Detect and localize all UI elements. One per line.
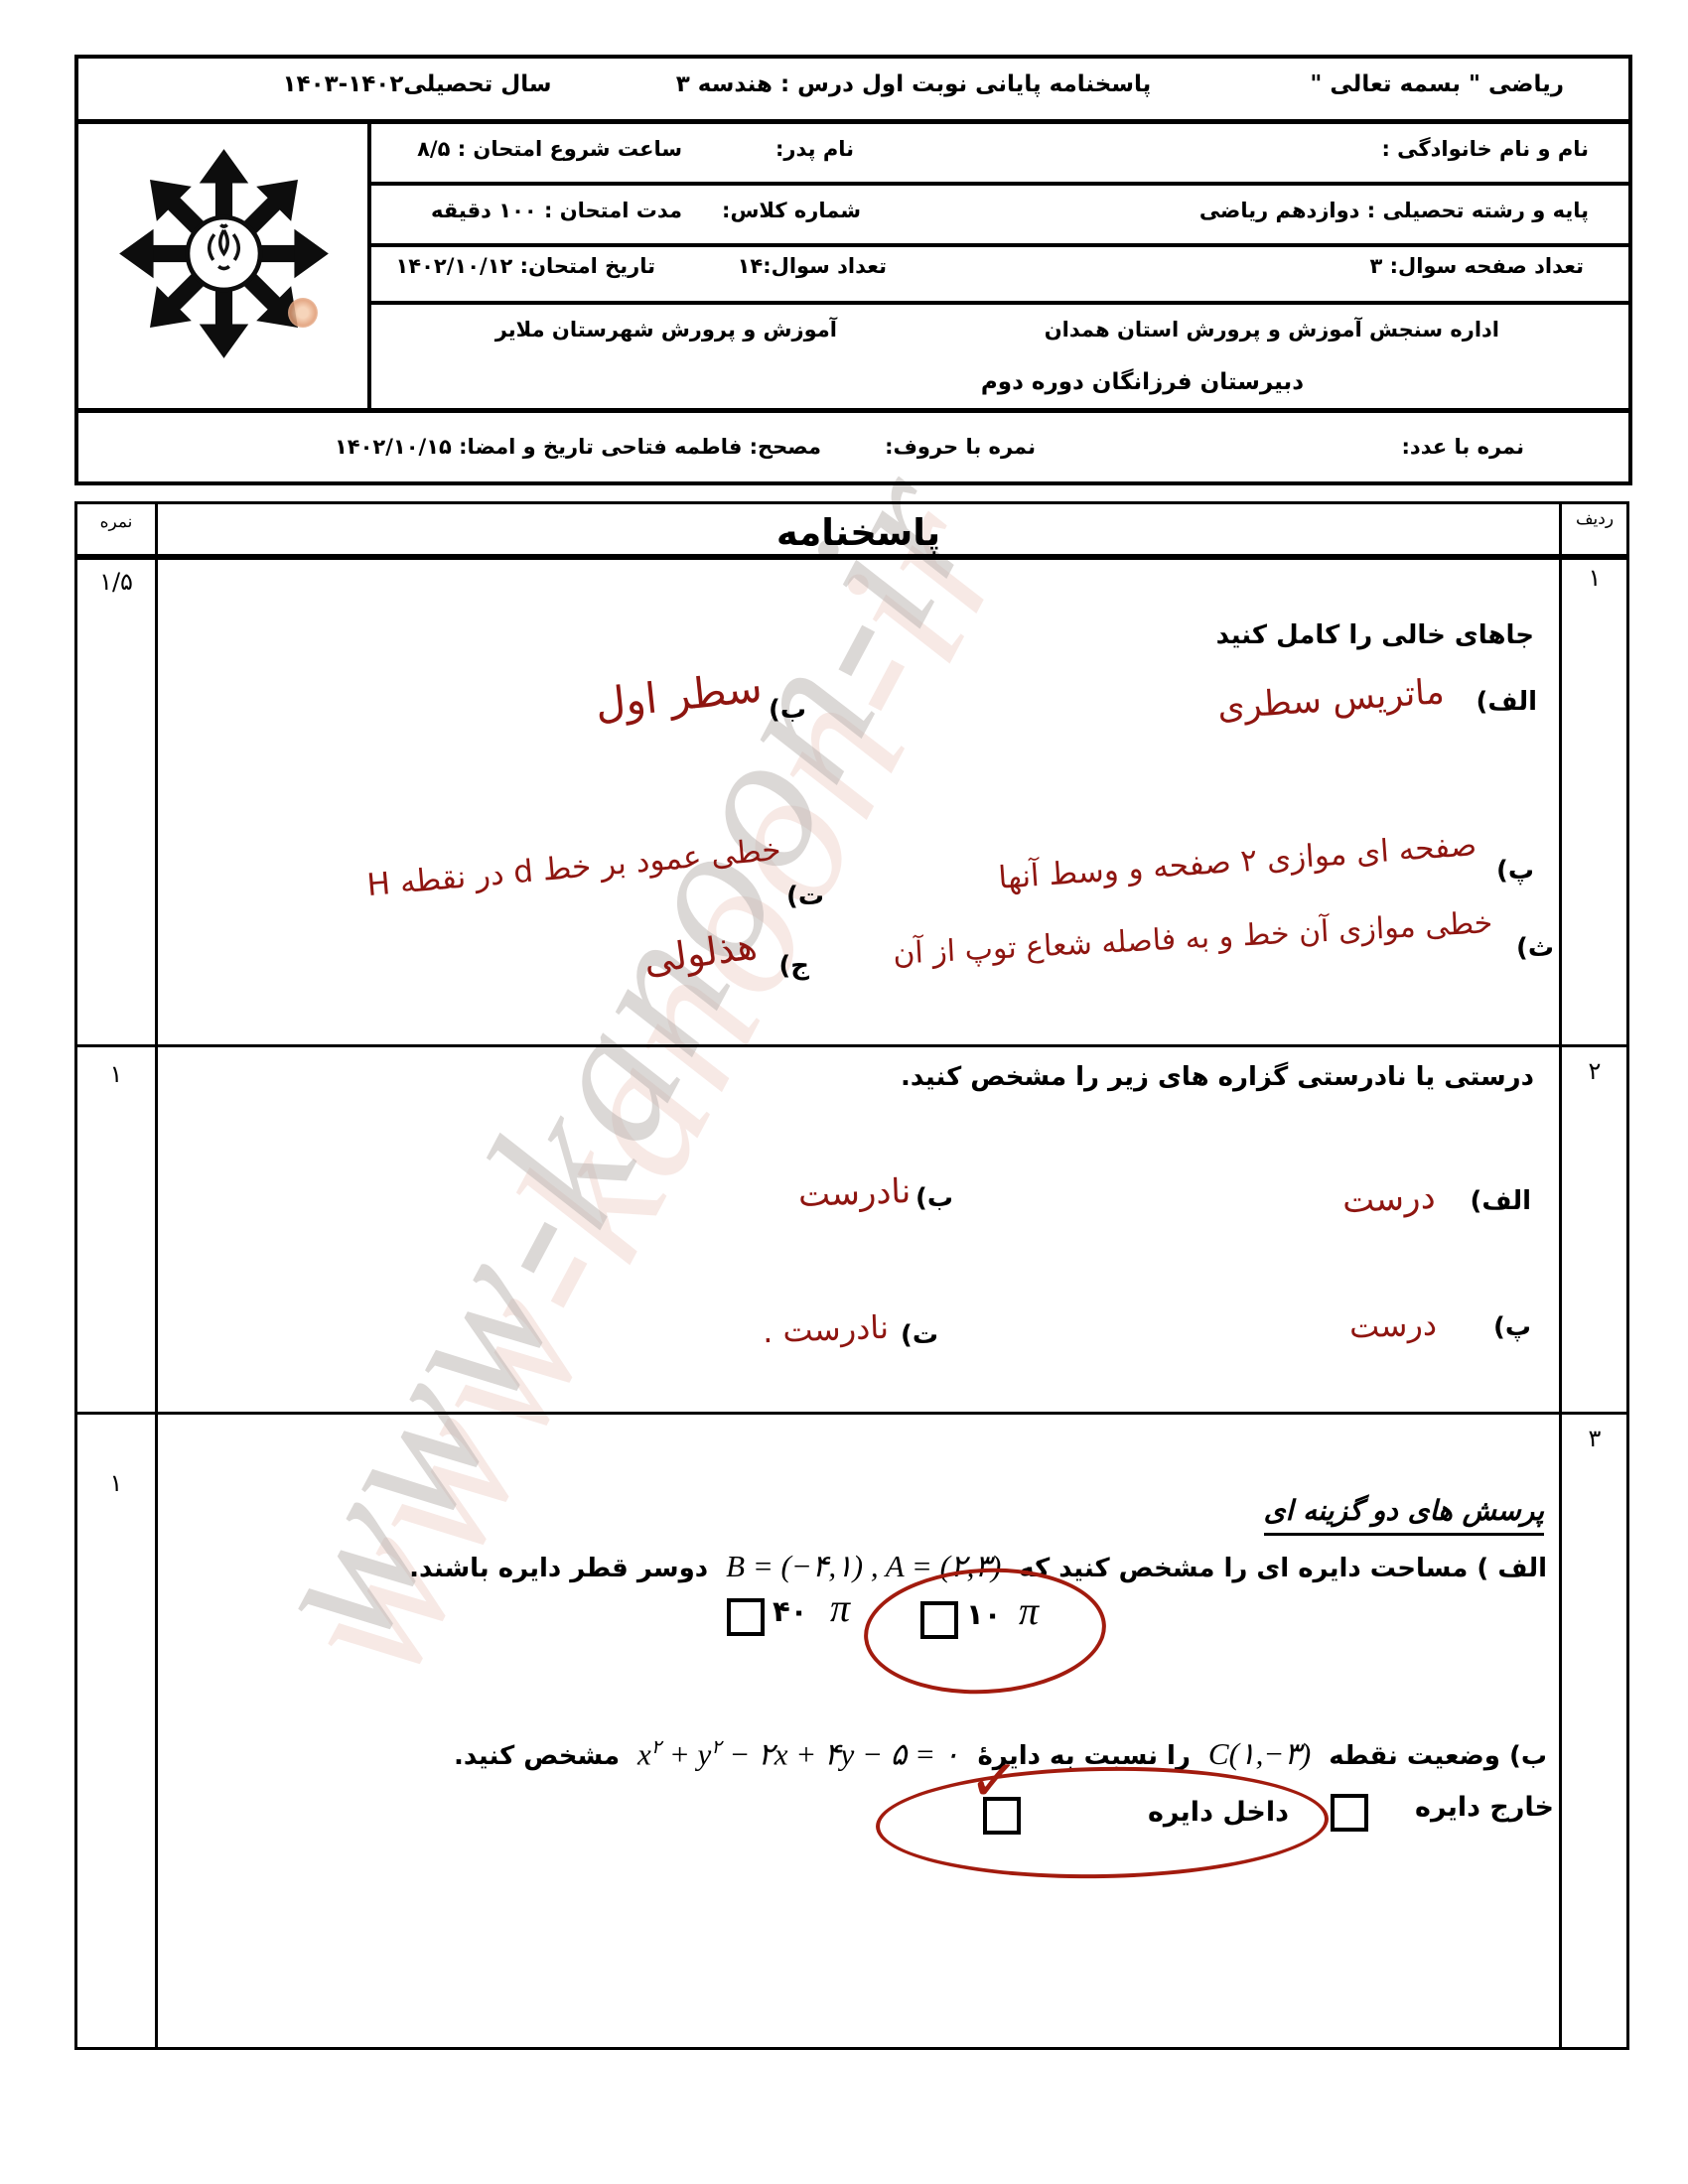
q1-item-j-label: ج) [778, 951, 809, 981]
q1-item-a-label: الف) [1476, 687, 1537, 717]
q3-section-title: پرسش های دو گزینه ای [1264, 1494, 1544, 1536]
q1-item-b-label: ب) [769, 695, 806, 725]
q2-item-t-handwritten-answer: نادرست . [762, 1308, 889, 1350]
start-time-label: ساعت شروع امتحان : ۸/۵ [417, 137, 682, 161]
q3-a-text-after: دوسر قطر دایره باشند. [409, 1554, 708, 1583]
q1-score: ۱/۵ [77, 568, 155, 596]
divider-line [74, 1412, 1629, 1415]
q2-item-p-handwritten-answer: درست [1348, 1304, 1437, 1345]
q2-item-b-handwritten-answer: نادرست [797, 1171, 912, 1215]
answer-sheet-title: پاسخنامه [158, 511, 1559, 554]
outside-circle-checkbox[interactable] [1331, 1794, 1368, 1832]
divider-line [369, 243, 1628, 247]
q1-item-t-label: ت) [786, 882, 824, 911]
exam-date-label: تاریخ امتحان: ۱۴۰۲/۱۰/۱۲ [395, 254, 655, 278]
corrector-signature-label: مصحح: فاطمه فتاحی تاریخ و امضا: ۱۴۰۲/۱۰/… [335, 435, 821, 459]
q2-item-p-label: پ) [1493, 1312, 1531, 1342]
student-name-label: نام و نام خانوادگی : [1381, 137, 1589, 161]
row-column-header: ردیف [1562, 509, 1627, 529]
page-count-label: تعداد صفحه سوال: ۳ [1369, 254, 1584, 278]
q2-item-b-label: ب) [915, 1183, 953, 1213]
class-number-label: شماره کلاس: [722, 199, 861, 222]
divider-line [369, 182, 1628, 186]
city-education-name: آموزش و پرورش شهرستان ملایر [495, 318, 837, 341]
q2-prompt: درستی یا نادرستی گزاره های زیر را مشخص ک… [901, 1062, 1534, 1092]
score-numeric-label: نمره با عدد: [1402, 435, 1524, 459]
divider-line [369, 301, 1628, 305]
besmeh-taali-title: ریاضی " بسمه تعالی " [1310, 71, 1564, 97]
q2-item-a-handwritten-answer: درست [1341, 1177, 1436, 1222]
q1-row-number: ۱ [1562, 564, 1627, 592]
q2-item-t-label: ت) [901, 1320, 938, 1350]
divider-line [74, 1044, 1629, 1047]
q2-item-a-label: الف) [1470, 1186, 1531, 1216]
divider-line [74, 554, 1629, 560]
option-40pi-value: ۴۰ [773, 1594, 807, 1628]
divider-line [155, 501, 158, 2047]
option-40pi-checkbox[interactable] [727, 1598, 765, 1636]
q2-row-number: ۲ [1562, 1057, 1627, 1085]
q3-row-number: ۳ [1562, 1425, 1627, 1452]
grade-field-label: پایه و رشته تحصیلی : دوازدهم ریاضی [1199, 199, 1589, 222]
q3-b-circle-equation: x۲ + y۲ − ۲x + ۴y − ۵ = ۰ [637, 1735, 959, 1772]
q2-score: ۱ [77, 1060, 155, 1088]
q1-prompt: جاهای خالی را کامل کنید [1216, 620, 1534, 650]
answer-table-border [74, 501, 1629, 2050]
q3-score: ۱ [77, 1469, 155, 1497]
exam-title: پاسخنامه پایانی نوبت اول درس : هندسه ۳ [606, 71, 1221, 97]
divider-line [74, 119, 1632, 124]
orange-stamp-mark [288, 298, 318, 328]
education-office-name: اداره سنجش آموزش و پرورش استان همدان [1045, 318, 1499, 341]
divider-line [74, 408, 1632, 413]
divider-line [1559, 501, 1562, 2047]
score-words-label: نمره با حروف: [885, 435, 1036, 459]
question-count-label: تعداد سوال:۱۴ [738, 254, 887, 278]
academic-year: سال تحصیلی۱۴۰۲-۱۴۰۳ [209, 71, 626, 97]
father-name-label: نام پدر: [775, 137, 854, 161]
exam-answer-sheet-page: www-kanoon-ir www-kanoon-ir ریاضی " بسمه… [0, 0, 1688, 2184]
q3-b-text-after: مشخص کنید. [454, 1741, 620, 1771]
q3-b-text-before: ب) وضعیت نقطه [1329, 1741, 1547, 1771]
option-40pi-pi-symbol: π [830, 1584, 850, 1631]
q3-b-point: C(۱,−۳) [1208, 1736, 1311, 1772]
q1-item-p-label: پ) [1496, 856, 1534, 886]
score-column-header: نمره [77, 512, 155, 532]
q3-a-text-before: الف ) مساحت دایره ای را مشخص کنید که [1019, 1554, 1547, 1583]
ministry-education-logo-icon [117, 147, 331, 360]
school-name: دبیرستان فرزانگان دوره دوم [981, 369, 1304, 395]
duration-label: مدت امتحان : ۱۰۰ دقیقه [431, 199, 682, 222]
q1-item-th-label: ث) [1516, 933, 1554, 963]
divider-line [367, 119, 371, 412]
outside-circle-option-label: خارج دایره [1415, 1792, 1554, 1823]
